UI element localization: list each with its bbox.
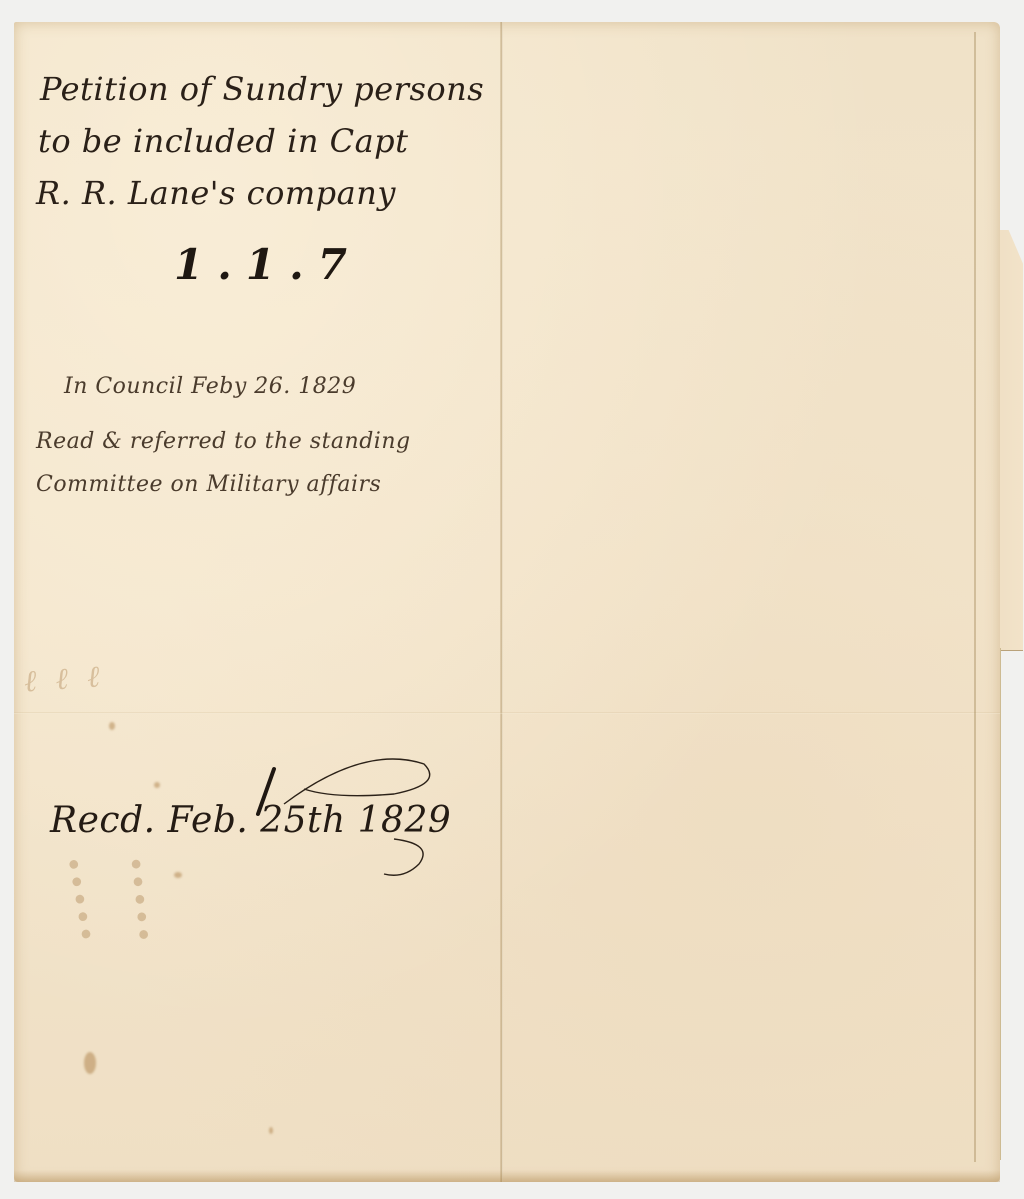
council-endorsement-date: In Council Feby 26. 1829	[64, 374, 356, 399]
foxing-stain	[154, 782, 160, 788]
ink-bleed-through: •••••	[116, 854, 160, 946]
council-endorsement-referral: Read & referred to the standing	[36, 429, 411, 454]
docket-number: 1.1.7	[174, 240, 361, 289]
ink-bleed-through: ℓ ℓ ℓ	[23, 659, 101, 699]
vertical-fold-line	[500, 22, 503, 1182]
petition-title-line-1: Petition of Sundry persons	[40, 70, 484, 108]
ink-bleed-through: •••••	[53, 853, 103, 946]
horizontal-fold-line	[14, 712, 1000, 714]
council-endorsement-committee: Committee on Military affairs	[36, 472, 381, 497]
foxing-stain	[269, 1127, 273, 1134]
foxing-stain	[84, 1052, 96, 1074]
folded-paper-sheet: ℓ ℓ ℓ ••••• ••••• Petition of Sundry per…	[14, 22, 1000, 1182]
foxing-stain	[174, 872, 182, 878]
foxing-stain	[109, 722, 115, 730]
petition-title-line-3: R. R. Lane's company	[36, 174, 396, 212]
document-scan: ℓ ℓ ℓ ••••• ••••• Petition of Sundry per…	[0, 0, 1024, 1199]
inner-sheet-edge	[974, 32, 976, 1162]
petition-title-line-2: to be included in Capt	[38, 122, 409, 160]
flourish-stroke	[244, 734, 444, 884]
